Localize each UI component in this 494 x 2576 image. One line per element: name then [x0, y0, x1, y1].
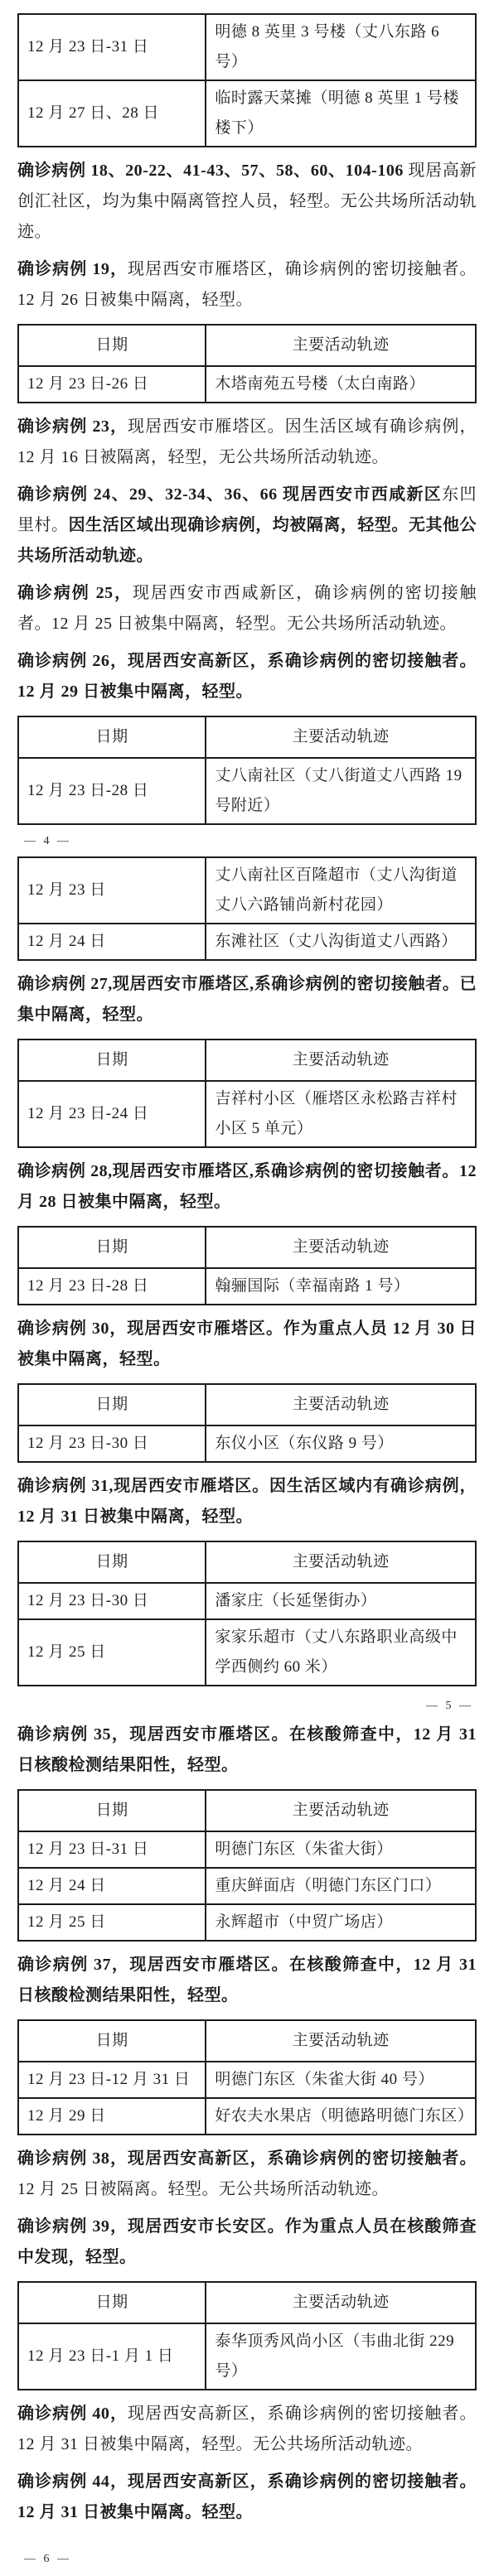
page-number-6: — 6 — [24, 2553, 477, 2566]
trajectory-table-case-31: 日期 主要活动轨迹 12 月 23 日-30 日 潘家庄（长延堡街办） 12 月… [17, 1541, 477, 1686]
date-cell: 12 月 25 日 [18, 1904, 206, 1941]
trajectory-table-case-28: 日期 主要活动轨迹 12 月 23 日-28 日 翰骊国际（幸福南路 1 号） [17, 1226, 477, 1305]
paragraph-case-40: 确诊病例 40，现居西安高新区，系确诊病例的密切接触者。12 月 31 日被集中… [17, 2399, 477, 2460]
case-text-bold: 确诊病例 37，现居西安市雁塔区。在核酸筛查中，12 月 31 日核酸检测结果阳… [17, 1956, 477, 2004]
table-row: 12 月 23 日-28 日 翰骊国际（幸福南路 1 号） [18, 1268, 476, 1305]
table-row: 12 月 25 日 永辉超市（中贸广场店） [18, 1904, 476, 1941]
trajectory-table-case-26: 日期 主要活动轨迹 12 月 23 日-28 日 丈八南社区（丈八街道丈八西路 … [17, 716, 477, 825]
table-row: 12 月 23 日-1 月 1 日 泰华顶秀风尚小区（韦曲北街 229 号） [18, 2323, 476, 2390]
date-cell: 12 月 23 日-24 日 [18, 1081, 206, 1147]
paragraph-case-27: 确诊病例 27,现居西安市雁塔区,系确诊病例的密切接触者。已集中隔离，轻型。 [17, 969, 477, 1030]
trajectory-cell: 翰骊国际（幸福南路 1 号） [206, 1268, 476, 1305]
document-page: 12 月 23 日-31 日 明德 8 英里 3 号楼（丈八东路 6 号） 12… [0, 0, 494, 2576]
date-column-header: 日期 [18, 1384, 206, 1425]
case-text-bold: 确诊病例 18、20-22、41-43、57、58、60、104-106 [17, 162, 409, 180]
table-row: 12 月 23 日-30 日 潘家庄（长延堡街办） [18, 1583, 476, 1619]
date-column-header: 日期 [18, 1541, 206, 1583]
paragraph-case-24: 确诊病例 24、29、32-34、36、66 现居西安市西咸新区东凹里村。因生活… [17, 480, 477, 572]
trajectory-table-case-30: 日期 主要活动轨迹 12 月 23 日-30 日 东仪小区（东仪路 9 号） [17, 1383, 477, 1463]
paragraph-case-38: 确诊病例 38，现居西安高新区，系确诊病例的密切接触者。12 月 25 日被隔离… [17, 2144, 477, 2205]
table-row: 12 月 25 日 家家乐超市（丈八东路职业高级中学西侧约 60 米） [18, 1619, 476, 1686]
trajectory-column-header: 主要活动轨迹 [206, 2282, 476, 2323]
date-cell: 12 月 29 日 [18, 2098, 206, 2135]
date-cell: 12 月 23 日-30 日 [18, 1583, 206, 1619]
table-row: 12 月 23 日 丈八南社区百隆超市（丈八沟街道丈八六路铺尚新村花园） [18, 857, 476, 924]
date-column-header: 日期 [18, 1227, 206, 1268]
case-text-bold: 确诊病例 39，现居西安市长安区。作为重点人员在核酸筛查中发现，轻型。 [17, 2217, 477, 2266]
date-cell: 12 月 24 日 [18, 1868, 206, 1904]
trajectory-column-header: 主要活动轨迹 [206, 1790, 476, 1831]
trajectory-column-header: 主要活动轨迹 [206, 1040, 476, 1081]
paragraph-case-35: 确诊病例 35，现居西安市雁塔区。在核酸筛查中，12 月 31 日核酸检测结果阳… [17, 1720, 477, 1781]
date-cell: 12 月 23 日-26 日 [18, 366, 206, 403]
trajectory-cell: 重庆鲜面店（明德门东区门口） [206, 1868, 476, 1904]
trajectory-column-header: 主要活动轨迹 [206, 1541, 476, 1583]
date-column-header: 日期 [18, 1040, 206, 1081]
date-cell: 12 月 23 日 [18, 857, 206, 924]
date-column-header: 日期 [18, 1790, 206, 1831]
trajectory-cell: 潘家庄（长延堡街办） [206, 1583, 476, 1619]
trajectory-cell: 吉祥村小区（雁塔区永松路吉祥村小区 5 单元） [206, 1081, 476, 1147]
paragraph-case-19: 确诊病例 19，现居西安市雁塔区，确诊病例的密切接触者。12 月 26 日被集中… [17, 254, 477, 316]
paragraph-case-37: 确诊病例 37，现居西安市雁塔区。在核酸筛查中，12 月 31 日核酸检测结果阳… [17, 1950, 477, 2011]
date-cell: 12 月 23 日-31 日 [18, 14, 206, 80]
table-header-row: 日期 主要活动轨迹 [18, 1227, 476, 1268]
trajectory-column-header: 主要活动轨迹 [206, 1384, 476, 1425]
table-row: 12 月 23 日-26 日 木塔南苑五号楼（太白南路） [18, 366, 476, 403]
case-text-bold: 确诊病例 28,现居西安市雁塔区,系确诊病例的密切接触者。12 月 28 日被集… [17, 1162, 477, 1211]
table-row: 12 月 23 日-31 日 明德 8 英里 3 号楼（丈八东路 6 号） [18, 14, 476, 80]
date-cell: 12 月 23 日-12 月 31 日 [18, 2062, 206, 2098]
trajectory-cell: 家家乐超市（丈八东路职业高级中学西侧约 60 米） [206, 1619, 476, 1686]
case-text-bold: 确诊病例 25， [17, 584, 133, 602]
trajectory-column-header: 主要活动轨迹 [206, 1227, 476, 1268]
date-cell: 12 月 23 日-1 月 1 日 [18, 2323, 206, 2390]
trajectory-column-header: 主要活动轨迹 [206, 716, 476, 758]
case-text-bold: 确诊病例 38，现居西安高新区，系确诊病例的密切接触者。 [17, 2149, 477, 2168]
table-header-row: 日期 主要活动轨迹 [18, 2282, 476, 2323]
trajectory-column-header: 主要活动轨迹 [206, 325, 476, 366]
trajectory-column-header: 主要活动轨迹 [206, 2020, 476, 2062]
case-text-bold: 确诊病例 24、29、32-34、36、66 现居西安市西咸新区 [17, 485, 442, 504]
case-text-bold: 确诊病例 27,现居西安市雁塔区,系确诊病例的密切接触者。已集中隔离，轻型。 [17, 975, 477, 1024]
date-cell: 12 月 23 日-31 日 [18, 1831, 206, 1868]
trajectory-cell: 临时露天菜摊（明德 8 英里 1 号楼楼下） [206, 80, 476, 147]
page-number-4: — 4 — [24, 835, 477, 848]
case-text-bold: 确诊病例 23， [17, 417, 128, 436]
trajectory-cell: 丈八南社区（丈八街道丈八西路 19 号附近） [206, 758, 476, 824]
trajectory-table-case-35: 日期 主要活动轨迹 12 月 23 日-31 日 明德门东区（朱雀大街） 12 … [17, 1789, 477, 1942]
case-text: 12 月 25 日被隔离。轻型。无公共场所活动轨迹。 [17, 2180, 389, 2198]
trajectory-cell: 木塔南苑五号楼（太白南路） [206, 366, 476, 403]
table-row: 12 月 27 日、28 日 临时露天菜摊（明德 8 英里 1 号楼楼下） [18, 80, 476, 147]
trajectory-cell: 好农夫水果店（明德路明德门东区） [206, 2098, 476, 2135]
table-row: 12 月 23 日-12 月 31 日 明德门东区（朱雀大街 40 号） [18, 2062, 476, 2098]
case-text-bold: 确诊病例 40， [17, 2405, 128, 2423]
trajectory-cell: 明德门东区（朱雀大街 40 号） [206, 2062, 476, 2098]
date-column-header: 日期 [18, 716, 206, 758]
case-text-bold: 确诊病例 31,现居西安市雁塔区。因生活区域内有确诊病例，12 月 31 日被集… [17, 1477, 477, 1526]
date-cell: 12 月 23 日-28 日 [18, 1268, 206, 1305]
trajectory-cell: 明德 8 英里 3 号楼（丈八东路 6 号） [206, 14, 476, 80]
page-number-5: — 5 — [17, 1700, 473, 1713]
table-header-row: 日期 主要活动轨迹 [18, 1790, 476, 1831]
date-column-header: 日期 [18, 2282, 206, 2323]
case-text-bold: 确诊病例 30，现居西安市雁塔区。作为重点人员 12 月 30 日被集中隔离，轻… [17, 1319, 477, 1368]
paragraph-case-25: 确诊病例 25，现居西安市西咸新区，确诊病例的密切接触者。12 月 25 日被集… [17, 578, 477, 639]
paragraph-case-39: 确诊病例 39，现居西安市长安区。作为重点人员在核酸筛查中发现，轻型。 [17, 2212, 477, 2273]
paragraph-case-26: 确诊病例 26，现居西安高新区，系确诊病例的密切接触者。12 月 29 日被集中… [17, 646, 477, 707]
date-column-header: 日期 [18, 2020, 206, 2062]
table-row: 12 月 23 日-31 日 明德门东区（朱雀大街） [18, 1831, 476, 1868]
trajectory-table-case-37: 日期 主要活动轨迹 12 月 23 日-12 月 31 日 明德门东区（朱雀大街… [17, 2019, 477, 2135]
table-header-row: 日期 主要活动轨迹 [18, 1384, 476, 1425]
trajectory-table-case-19: 日期 主要活动轨迹 12 月 23 日-26 日 木塔南苑五号楼（太白南路） [17, 324, 477, 403]
table-row: 12 月 23 日-24 日 吉祥村小区（雁塔区永松路吉祥村小区 5 单元） [18, 1081, 476, 1147]
paragraph-case-31: 确诊病例 31,现居西安市雁塔区。因生活区域内有确诊病例，12 月 31 日被集… [17, 1471, 477, 1532]
date-cell: 12 月 25 日 [18, 1619, 206, 1686]
case-text-bold: 确诊病例 44，现居西安高新区，系确诊病例的密切接触者。12 月 31 日被集中… [17, 2472, 477, 2521]
trajectory-cell: 丈八南社区百隆超市（丈八沟街道丈八六路铺尚新村花园） [206, 857, 476, 924]
case-text-bold: 确诊病例 26，现居西安高新区，系确诊病例的密切接触者。12 月 29 日被集中… [17, 652, 477, 701]
date-cell: 12 月 24 日 [18, 924, 206, 960]
trajectory-table-case-26-continued: 12 月 23 日 丈八南社区百隆超市（丈八沟街道丈八六路铺尚新村花园） 12 … [17, 856, 477, 961]
table-header-row: 日期 主要活动轨迹 [18, 716, 476, 758]
paragraph-case-23: 确诊病例 23，现居西安市雁塔区。因生活区域有确诊病例，12 月 16 日被隔离… [17, 412, 477, 473]
date-cell: 12 月 23 日-30 日 [18, 1425, 206, 1462]
table-row: 12 月 29 日 好农夫水果店（明德路明德门东区） [18, 2098, 476, 2135]
table-row: 12 月 24 日 重庆鲜面店（明德门东区门口） [18, 1868, 476, 1904]
table-row: 12 月 24 日 东滩社区（丈八沟街道丈八西路） [18, 924, 476, 960]
table-header-row: 日期 主要活动轨迹 [18, 2020, 476, 2062]
trajectory-cell: 永辉超市（中贸广场店） [206, 1904, 476, 1941]
case-text-bold: 确诊病例 35，现居西安市雁塔区。在核酸筛查中，12 月 31 日核酸检测结果阳… [17, 1725, 477, 1774]
table-header-row: 日期 主要活动轨迹 [18, 1541, 476, 1583]
trajectory-cell: 东仪小区（东仪路 9 号） [206, 1425, 476, 1462]
trajectory-cell: 东滩社区（丈八沟街道丈八西路） [206, 924, 476, 960]
date-column-header: 日期 [18, 325, 206, 366]
date-cell: 12 月 23 日-28 日 [18, 758, 206, 824]
case-text-bold: 确诊病例 19， [17, 260, 128, 278]
trajectory-table-continuation-top: 12 月 23 日-31 日 明德 8 英里 3 号楼（丈八东路 6 号） 12… [17, 13, 477, 147]
date-cell: 12 月 27 日、28 日 [18, 80, 206, 147]
table-row: 12 月 23 日-28 日 丈八南社区（丈八街道丈八西路 19 号附近） [18, 758, 476, 824]
trajectory-table-case-27: 日期 主要活动轨迹 12 月 23 日-24 日 吉祥村小区（雁塔区永松路吉祥村… [17, 1039, 477, 1148]
paragraph-case-28: 确诊病例 28,现居西安市雁塔区,系确诊病例的密切接触者。12 月 28 日被集… [17, 1156, 477, 1218]
paragraph-case-30: 确诊病例 30，现居西安市雁塔区。作为重点人员 12 月 30 日被集中隔离，轻… [17, 1314, 477, 1375]
table-header-row: 日期 主要活动轨迹 [18, 325, 476, 366]
paragraph-case-18: 确诊病例 18、20-22、41-43、57、58、60、104-106 现居高… [17, 156, 477, 248]
table-header-row: 日期 主要活动轨迹 [18, 1040, 476, 1081]
trajectory-cell: 明德门东区（朱雀大街） [206, 1831, 476, 1868]
case-text-bold-2: 因生活区域出现确诊病例，均被隔离，轻型。无其他公共场所活动轨迹。 [17, 516, 477, 565]
trajectory-cell: 泰华顶秀风尚小区（韦曲北街 229 号） [206, 2323, 476, 2390]
table-row: 12 月 23 日-30 日 东仪小区（东仪路 9 号） [18, 1425, 476, 1462]
trajectory-table-case-39: 日期 主要活动轨迹 12 月 23 日-1 月 1 日 泰华顶秀风尚小区（韦曲北… [17, 2281, 477, 2390]
paragraph-case-44: 确诊病例 44，现居西安高新区，系确诊病例的密切接触者。12 月 31 日被集中… [17, 2467, 477, 2528]
